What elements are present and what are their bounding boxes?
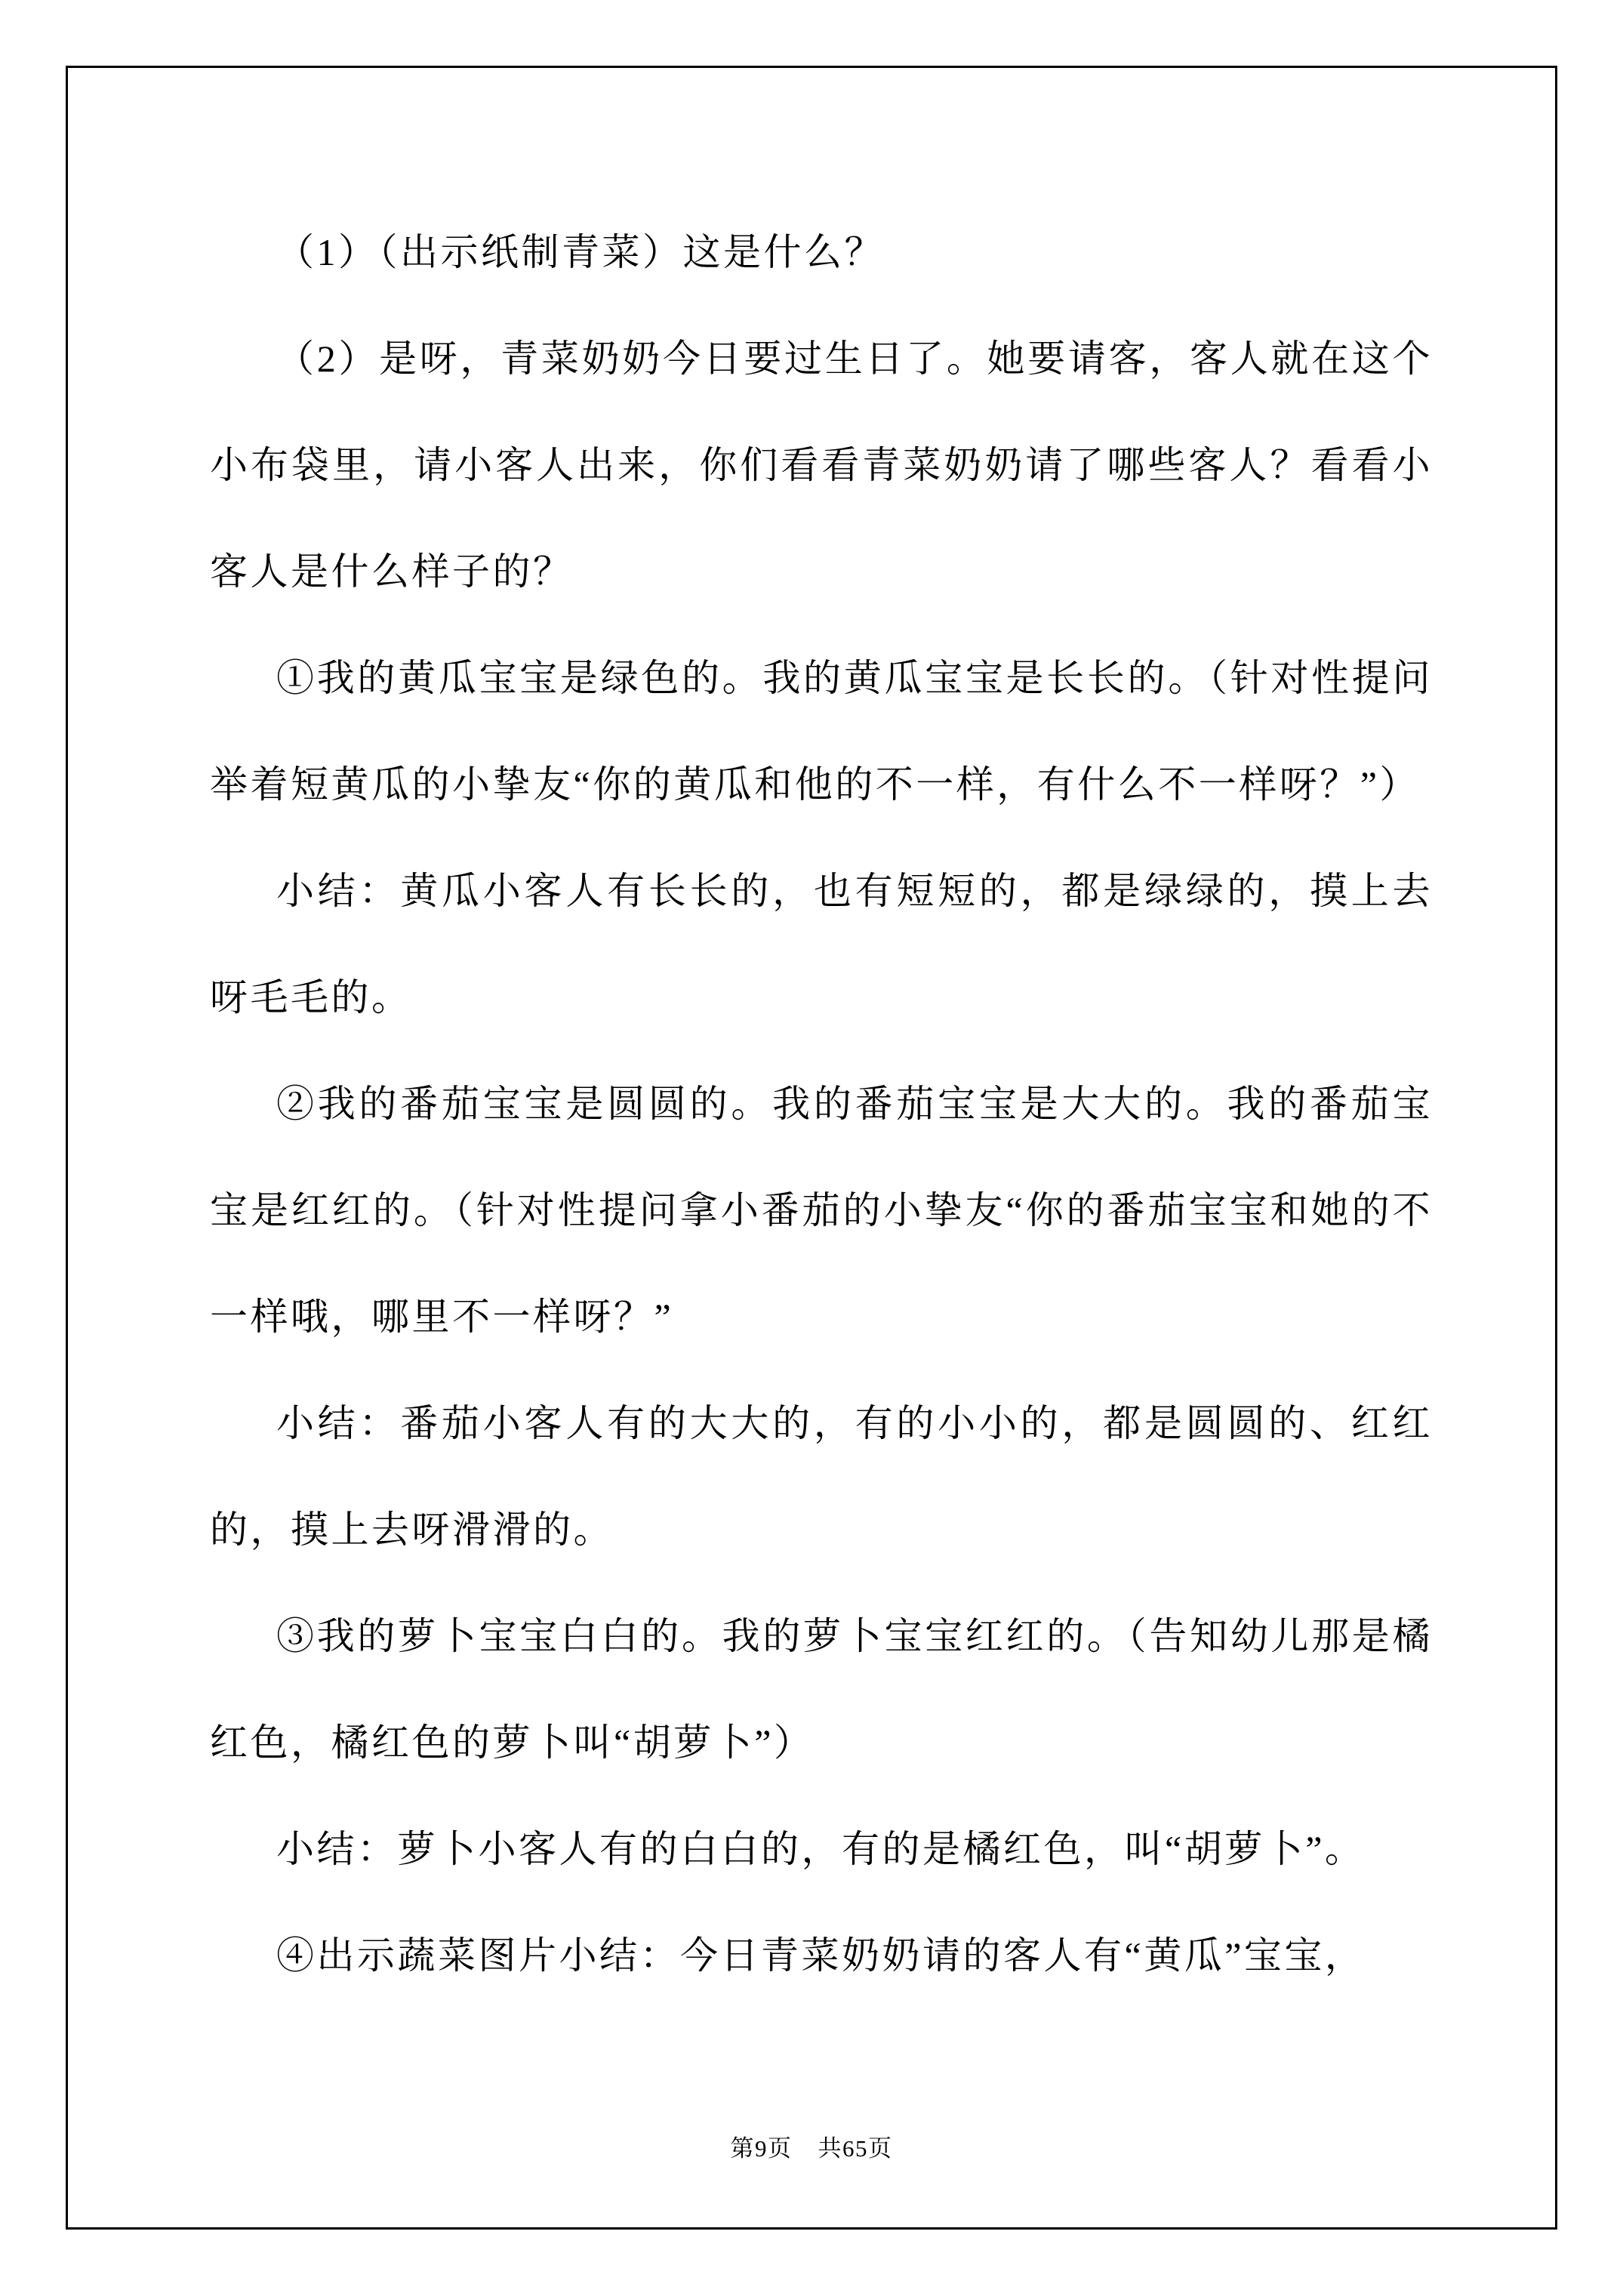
paragraph: 小结：黄瓜小客人有长长的，也有短短的，都是绿绿的，摸上去呀毛毛的。 [210,838,1433,1051]
paragraph: （1）（出示纸制青菜）这是什么？ [210,199,1433,306]
page-footer: 第9页共65页 [0,2129,1623,2163]
paragraph: 小结：萝卜小客人有的白白的，有的是橘红色，叫“胡萝卜”。 [210,1796,1433,1903]
paragraph: ④出示蔬菜图片小结：今日青菜奶奶请的客人有“黄瓜”宝宝， [210,1903,1433,2009]
document-body: （1）（出示纸制青菜）这是什么？ （2）是呀，青菜奶奶今日要过生日了。她要请客，… [210,199,1433,2009]
paragraph: ③我的萝卜宝宝白白的。我的萝卜宝宝红红的。（告知幼儿那是橘红色，橘红色的萝卜叫“… [210,1583,1433,1796]
page-total: 共65页 [818,2129,893,2163]
paragraph: ①我的黄瓜宝宝是绿色的。我的黄瓜宝宝是长长的。（针对性提问举着短黄瓜的小挚友“你… [210,625,1433,838]
paragraph: ②我的番茄宝宝是圆圆的。我的番茄宝宝是大大的。我的番茄宝宝是红红的。（针对性提问… [210,1051,1433,1370]
page-number: 第9页 [731,2135,793,2162]
paragraph: （2）是呀，青菜奶奶今日要过生日了。她要请客，客人就在这个小布袋里，请小客人出来… [210,306,1433,625]
paragraph: 小结：番茄小客人有的大大的，有的小小的，都是圆圆的、红红的，摸上去呀滑滑的。 [210,1370,1433,1583]
